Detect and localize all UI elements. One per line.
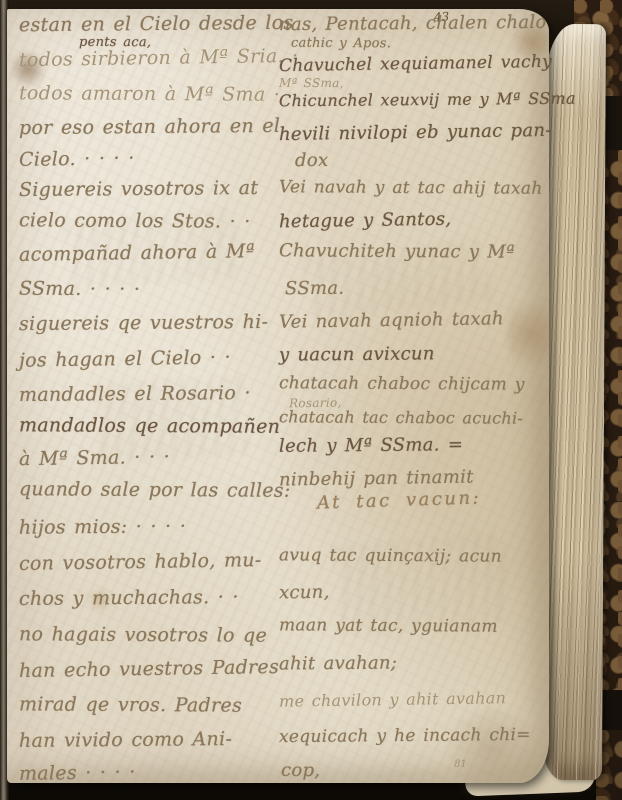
manuscript-line: y uacun avixcun xyxy=(279,343,435,365)
manuscript-line: ninbehij pan tinamit xyxy=(279,466,474,490)
manuscript-line: avuq tac quinçaxij; acun xyxy=(279,545,502,566)
manuscript-line: todos sirbieron à Mª Sria. · xyxy=(19,45,299,71)
manuscript-line: estan en el Cielo desde los xyxy=(19,12,294,36)
manuscript-line: ahit avahan; xyxy=(279,652,397,674)
manuscript-line: han echo vuestros Padres xyxy=(19,656,279,682)
manuscript-line: dox xyxy=(295,150,329,171)
manuscript-line: cielo como los Stos. · · xyxy=(19,209,251,232)
book-photo: 43 estan en el Cielo desde lospents aca,… xyxy=(0,0,622,800)
manuscript-line: hijos mios: · · · · xyxy=(19,515,186,538)
manuscript-line: males · · · · xyxy=(19,761,136,785)
manuscript-line: hetague y Santos, xyxy=(279,209,452,233)
manuscript-line: chatacah tac chaboc acuchi- xyxy=(279,407,523,427)
manuscript-line: hevili nivilopi eb yunac pan- xyxy=(279,120,552,145)
manuscript-right-column: nas, Pentacah, chalen chalocathic y Apos… xyxy=(279,9,551,783)
manuscript-line: chatacah chaboc chijcam y xyxy=(279,373,525,395)
manuscript-line: por eso estan ahora en el xyxy=(19,115,280,139)
manuscript-line: SSma. · · · · xyxy=(19,278,140,301)
manuscript-line: acompañad ahora à Mª xyxy=(19,240,255,266)
manuscript-line: Chavuchel xequiamanel vachy xyxy=(279,52,552,76)
manuscript-line: xcun, xyxy=(279,582,330,604)
manuscript-line: jos hagan el Cielo · · xyxy=(19,346,231,371)
faint-folio-mark: 81 xyxy=(454,759,467,770)
manuscript-line: todos amaron à Mª Sma · xyxy=(19,82,280,106)
manuscript-line: Siguereis vosotros ix at xyxy=(19,177,258,201)
manuscript-line: à Mª Sma. · · · xyxy=(19,446,170,470)
manuscript-line: no hagais vosotros lo qe xyxy=(19,623,267,647)
manuscript-line: maan yat tac, yguianam xyxy=(279,615,498,636)
manuscript-line: mandadles el Rosario · xyxy=(19,382,251,406)
manuscript-line: nas, Pentacah, chalen chalo xyxy=(279,12,547,35)
manuscript-left-column: estan en el Cielo desde lospents aca,tod… xyxy=(19,9,281,783)
manuscript-line: Chavuchiteh yunac y Mª xyxy=(279,240,515,262)
manuscript-line: Mª SSma, xyxy=(279,76,344,90)
manuscript-line: cop, xyxy=(281,760,321,781)
manuscript-line: Chicunchel xeuxvij me y Mª SSma xyxy=(279,89,576,111)
manuscript-line: cathic y Apos. xyxy=(291,36,391,52)
section-heading: At tac vacun: xyxy=(317,487,482,513)
manuscript-line: quando sale por las calles: xyxy=(19,478,291,502)
manuscript-line: xequicach y he incach chi= xyxy=(279,725,531,747)
manuscript-line: SSma. xyxy=(285,278,345,300)
manuscript-line: siguereis qe vuestros hi- xyxy=(19,311,268,335)
manuscript-line: Cielo. · · · · xyxy=(19,147,135,171)
manuscript-line: han vivido como Ani- xyxy=(19,728,232,752)
manuscript-line: mandadlos qe acompañen xyxy=(19,414,280,438)
manuscript-line: chos y muchachas. · · xyxy=(19,586,239,610)
manuscript-line: con vosotros hablo, mu- xyxy=(19,549,262,575)
manuscript-line: lech y Mª SSma. = xyxy=(279,434,463,457)
manuscript-page: 43 estan en el Cielo desde lospents aca,… xyxy=(7,9,549,783)
manuscript-line: me chavilon y ahit avahan xyxy=(279,688,506,711)
manuscript-line: Vei navah y at tac ahij taxah xyxy=(279,177,543,199)
manuscript-line: Vei navah aqnioh taxah xyxy=(279,308,504,333)
manuscript-line: mirad qe vros. Padres xyxy=(19,693,242,716)
